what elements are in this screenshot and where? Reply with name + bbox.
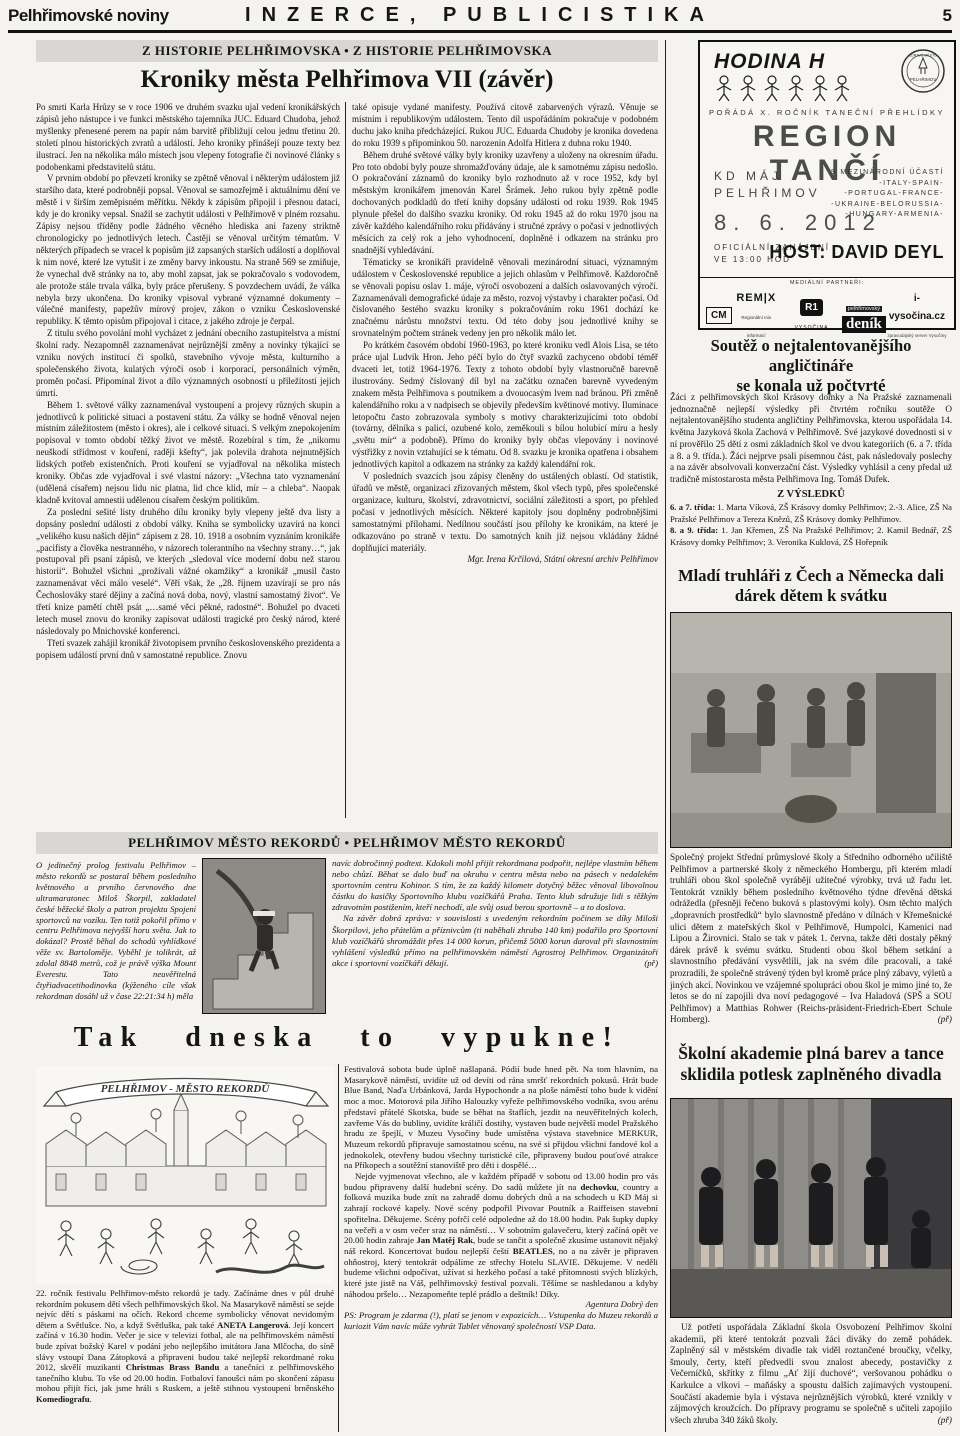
festival-big-headline: Tak dneska to vypukne! xyxy=(36,1022,658,1054)
caption-paragraph: 22. ročník festivalu Pelhřimov-město rek… xyxy=(36,1288,334,1405)
international-label: S MEZINÁRODNÍ ÚČASTÍ xyxy=(814,168,944,179)
venue-line: KD MÁJ xyxy=(714,168,821,185)
carpenters-body: Společný projekt Střední průmyslové škol… xyxy=(670,852,952,1040)
history-column-1: Po smrti Karla Hrůzy se v roce 1906 ve d… xyxy=(36,102,340,820)
hodina-h-kids-figures xyxy=(712,72,852,102)
contest-body: Žáci z pelhřimovských škol Krásovy domky… xyxy=(670,392,952,488)
contest-results-title: Z VÝSLEDKŮ xyxy=(670,489,952,500)
headline-line: dárek dětem k svátku xyxy=(668,586,954,606)
history-section-bar: Z HISTORIE PELHŘIMOVSKA • Z HISTORIE PEL… xyxy=(36,40,658,62)
festival-program-column: Festivalová sobota bude úplně našlapaná.… xyxy=(344,1064,658,1436)
history-column-2: také opisuje vydané manifesty. Používá c… xyxy=(352,102,658,820)
paragraph: Třetí svazek zahájil kronikář životopise… xyxy=(36,638,340,662)
stair-run-photo xyxy=(202,858,326,1014)
paragraph: Během druhé světové války byly kroniky u… xyxy=(352,150,658,257)
paragraph: navíc dobročinný podtext. Kdokoli mohl p… xyxy=(332,858,658,913)
contest-results: 6. a 7. třída: 1. Marta Víková, ZŠ Kráso… xyxy=(670,502,952,548)
history-headline: Kroniky města Pelhřimova VII (závěr) xyxy=(36,66,658,94)
result-line: 8. a 9. třída: 1. Jan Křemen, ZŠ Na Praž… xyxy=(670,525,952,548)
records-intro-column-2: navíc dobročinný podtext. Kdokoli mohl p… xyxy=(332,858,658,1016)
denik-prefix: pelhřimovský xyxy=(846,306,882,312)
masthead-rule xyxy=(8,30,952,33)
media-partners-strip: MEDIÁLNÍ PARTNEŘI: CM REM|X Regionální m… xyxy=(700,277,954,328)
paragraph: V posledních svazcích jsou zápisy členěn… xyxy=(352,471,658,554)
section-title: INZERCE, PUBLICISTIKA xyxy=(0,4,960,27)
column-rule-sidebar xyxy=(665,40,666,1432)
paragraph: O jedinečný prolog festivalu Pelhřimov –… xyxy=(36,860,196,1002)
paragraph: také opisuje vydané manifesty. Používá c… xyxy=(352,102,658,150)
denik-wordmark: deník xyxy=(842,316,886,333)
r1-vysocina-logo: R1 VYSOČINA xyxy=(781,297,842,334)
page-number: 5 xyxy=(943,6,952,26)
headline-line: Soutěž o nejtalentovanějšího angličtinář… xyxy=(668,336,954,376)
cm-logo: CM xyxy=(706,307,732,324)
zdrave-mesto-stamp: PELHŘIMOV ZDRAVÉ MĚSTO xyxy=(900,48,946,94)
festival-ps: PS: Program je zdarma (!), platí se jeno… xyxy=(344,1310,658,1331)
country-line: -ITALY-SPAIN- xyxy=(814,179,944,190)
byline: (př) xyxy=(938,1014,952,1026)
festival-caption: 22. ročník festivalu Pelhřimov-město rek… xyxy=(36,1288,334,1436)
paragraph: Po smrti Karla Hrůzy se v roce 1906 ve d… xyxy=(36,102,340,173)
academy-body: Už potřetí uspořádala Základní škola Osv… xyxy=(670,1322,952,1434)
paragraph: Za poslední sešité listy druhého dílu kr… xyxy=(36,507,340,638)
country-line: -UKRAINE-BELORUSSIA- xyxy=(814,200,944,211)
carpenters-workshop-photo xyxy=(670,612,952,848)
carpenters-headline: Mladí truhláři z Čech a Německa dali dár… xyxy=(668,566,954,606)
headline-line: sklidila potlesk zaplněného divadla xyxy=(668,1064,954,1085)
svg-text:ZDRAVÉ MĚSTO: ZDRAVÉ MĚSTO xyxy=(909,53,937,58)
poster-date: 8. 6. 2012 xyxy=(714,210,882,236)
ivysocina-wordmark: i-vysočina.cz xyxy=(889,293,945,322)
records-section-bar: PELHŘIMOV MĚSTO REKORDŮ • PELHŘIMOV MĚST… xyxy=(36,832,658,854)
result-line: 6. a 7. třída: 1. Marta Víková, ZŠ Kráso… xyxy=(670,502,952,525)
festival-cartoon-drawing: PELHŘIMOV - MĚSTO REKORDŮ xyxy=(36,1066,334,1284)
paragraph: Nejde vyjmenovat všechno, ale v každém p… xyxy=(344,1171,658,1299)
remix-subtitle: Regionální mix informací xyxy=(741,315,771,338)
paragraph: V prvním období po převzetí kroniky se z… xyxy=(36,173,340,328)
byline: (př) xyxy=(927,1415,952,1427)
paragraph: Festivalová sobota bude úplně našlapaná.… xyxy=(344,1064,658,1171)
svg-text:PELHŘIMOV - MĚSTO REKORDŮ: PELHŘIMOV - MĚSTO REKORDŮ xyxy=(101,1082,271,1095)
paragraph: Žáci z pelhřimovských škol Krásovy domky… xyxy=(670,392,952,486)
newspaper-page: Pelhřimovské noviny INZERCE, PUBLICISTIK… xyxy=(0,0,960,1436)
academy-stage-photo xyxy=(670,1098,952,1318)
records-intro-column-1: O jedinečný prolog festivalu Pelhřimov –… xyxy=(36,860,196,1016)
paragraph: Po krátkém časovém období 1960-1963, po … xyxy=(352,340,658,471)
svg-text:PELHŘIMOV: PELHŘIMOV xyxy=(910,75,937,82)
country-line: -PORTUGAL-FRANCE- xyxy=(814,189,944,200)
hodina-h-logo: HODINA H xyxy=(714,50,825,74)
dance-show-poster: HODINA H PELHŘIMOV ZDRAVÉ MĚSTO POŘÁDÁ X… xyxy=(698,40,956,330)
academy-headline: Školní akademie plná barev a tance sklid… xyxy=(668,1043,954,1086)
paragraph: Společný projekt Střední průmyslové škol… xyxy=(670,852,952,1026)
poster-venue: KD MÁJ PELHŘIMOV xyxy=(714,168,821,202)
paragraph: Tématicky se kronikáři pravidelně věnova… xyxy=(352,257,658,340)
column-rule-history xyxy=(345,102,346,818)
remix-logo: REM|X Regionální mix informací xyxy=(732,288,781,342)
poster-host: HOST: DAVID DEYL xyxy=(769,242,944,263)
denik-logo: pelhřimovský deník xyxy=(842,297,886,333)
headline-line: Školní akademie plná barev a tance xyxy=(668,1043,954,1064)
venue-line: PELHŘIMOV xyxy=(714,185,821,202)
agency-signature: Agentura Dobrý den xyxy=(344,1299,658,1310)
headline-line: Mladí truhláři z Čech a Německa dali xyxy=(668,566,954,586)
paragraph: Z titulu svého povolání mohl vycházet z … xyxy=(36,328,340,399)
r1-mark: R1 xyxy=(800,299,823,316)
byline: (př) xyxy=(633,958,658,969)
poster-presents-line: POŘÁDÁ X. ROČNÍK TANEČNÍ PŘEHLÍDKY xyxy=(700,108,954,117)
remix-wordmark: REM|X xyxy=(736,292,776,304)
paragraph: Na závěr dobrá zpráva: v souvislosti s u… xyxy=(332,913,658,968)
ivysocina-logo: i-vysočina.cz zpravodajský server Vysoči… xyxy=(886,288,948,342)
r1-subtitle: VYSOČINA xyxy=(795,325,829,331)
column-rule-festival xyxy=(338,1064,339,1432)
paragraph: Už potřetí uspořádala Základní škola Osv… xyxy=(670,1322,952,1426)
author-signature: Mgr. Irena Krčilová, Státní okresní arch… xyxy=(352,554,658,566)
contest-headline: Soutěž o nejtalentovanějšího angličtinář… xyxy=(668,336,954,396)
paragraph: Během 1. světové války zaznamenával vyst… xyxy=(36,400,340,507)
